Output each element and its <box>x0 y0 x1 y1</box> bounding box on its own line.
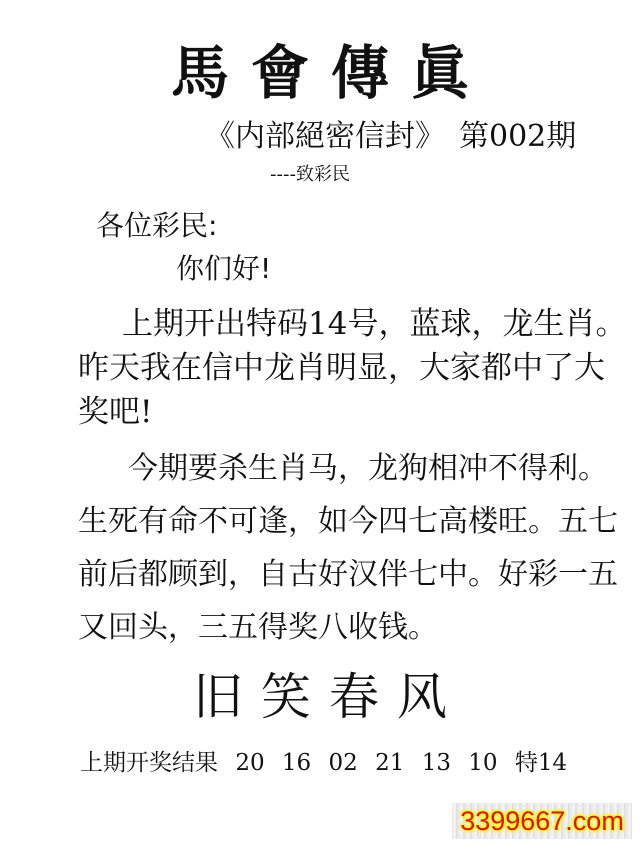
paragraph-line: 生死有命不可逢，如今四七高楼旺。五七 <box>78 495 598 548</box>
special-number: 特14 <box>515 750 567 776</box>
site-watermark: 3399667.com <box>452 803 632 839</box>
subtitle-line: 《内部絕密信封》第002期 <box>205 117 576 157</box>
paragraph-line: 前后都顾到，自古好汉伴七中。好彩一五 <box>78 548 598 601</box>
confidential-envelope-label: 《内部絕密信封》 <box>205 119 445 154</box>
issue-number: 第002期 <box>459 119 576 154</box>
paragraph-line: 昨天我在信中龙肖明显，大家都中了大 <box>78 346 598 390</box>
motto: 旧笑春风 <box>0 665 640 729</box>
paragraph-line: 奖吧! <box>78 390 598 434</box>
result-number: 02 <box>329 750 358 776</box>
paragraph-line: 上期开出特码14号，蓝球，龙生肖。 <box>78 302 598 346</box>
result-number: 20 <box>235 750 264 776</box>
result-number: 10 <box>468 750 497 776</box>
paragraph-line: 今期要杀生肖马，龙狗相冲不得利。 <box>78 442 598 495</box>
document-title: 馬會傳眞 <box>0 38 640 108</box>
result-number: 13 <box>422 750 451 776</box>
result-number: 21 <box>375 750 404 776</box>
results-label: 上期开奖结果 <box>80 750 218 776</box>
paragraph-line: 又回头，三五得奖八收钱。 <box>78 601 598 654</box>
recipient-line: ----致彩民 <box>270 163 350 187</box>
salutation: 各位彩民: <box>96 207 217 245</box>
result-number: 16 <box>282 750 311 776</box>
paragraph-previous-result: 上期开出特码14号，蓝球，龙生肖。 昨天我在信中龙肖明显，大家都中了大 奖吧! <box>78 302 598 434</box>
greeting: 你们好! <box>176 250 271 288</box>
previous-results: 上期开奖结果 20 16 02 21 13 10 特14 <box>80 746 567 780</box>
paragraph-prediction: 今期要杀生肖马，龙狗相冲不得利。 生死有命不可逢，如今四七高楼旺。五七 前后都顾… <box>78 442 598 654</box>
